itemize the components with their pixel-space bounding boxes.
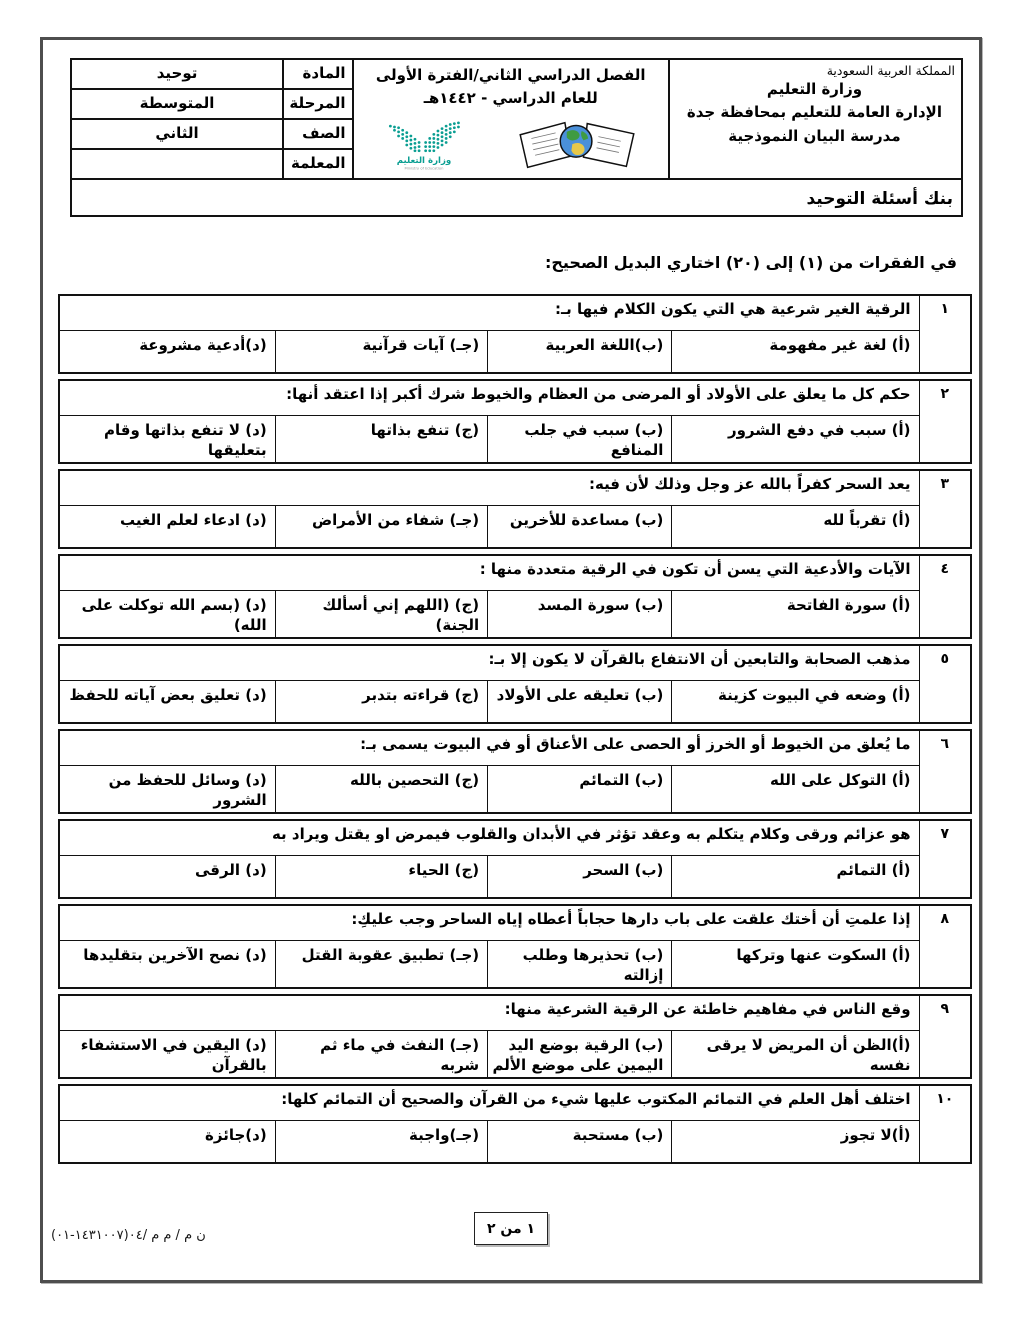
logo-row: وزارة التعليم Ministry of Education	[358, 115, 664, 175]
question-text: هو عزائم ورقى وكلام يتكلم به وعقد تؤثر ف…	[59, 820, 919, 855]
moe-logo-english-text: Ministry of Education	[405, 167, 445, 171]
option-b: (ب) تعليقه على الأولاد	[488, 680, 672, 723]
option-c: (جـ) تطبيق عقوبة القتل	[275, 940, 487, 988]
ministry-of-education-logo-icon: وزارة التعليم Ministry of Education	[383, 115, 465, 175]
option-a: (أ) التمائم	[672, 855, 919, 898]
page-border-frame: المملكة العربية السعودية وزارة التعليم ا…	[40, 37, 982, 1283]
option-a: (أ) السكوت عنها وتركها	[672, 940, 919, 988]
question-block-6: ٦ ما يُعلق من الخيوط أو الخرز أو الحصى ع…	[58, 729, 972, 814]
option-b: (ب) السحر	[488, 855, 672, 898]
question-block-8: ٨ إذا علمتِ أن أختك علقت على باب دارها ح…	[58, 904, 972, 989]
option-c: (جـ) آيات قرآنية	[275, 330, 487, 373]
option-b: (ب) سورة المسد	[488, 590, 672, 638]
document-code: ن م / م م /٠٤(١٤٣١٠٠٧-٠١)	[51, 1228, 206, 1243]
moe-logo-arabic-text: وزارة التعليم	[397, 156, 452, 166]
question-block-1: ١ الرقية الغير شرعية هي التي يكون الكلام…	[58, 294, 972, 374]
option-c: (ج) (اللهم إني أسألك الجنة)	[275, 590, 487, 638]
option-b: (ب)اللغة العربية	[488, 330, 672, 373]
grade-value: الثاني	[71, 119, 283, 149]
education-administration: الإدارة العامة للتعليم بمحافظة جدة	[674, 101, 955, 124]
teacher-label: المعلمة	[283, 149, 352, 179]
option-a: (أ) وضعه في البيوت كزينة	[672, 680, 919, 723]
question-block-5: ٥ مذهب الصحابة والتابعين أن الانتفاع بال…	[58, 644, 972, 724]
option-c: (ج) الحياء	[275, 855, 487, 898]
option-b: (ب) الرقية بوضع اليد اليمين على موضع الأ…	[488, 1030, 672, 1078]
option-a: (أ) لغة غير مفهومة	[672, 330, 919, 373]
option-b: (ب) مستحبة	[488, 1120, 672, 1163]
header-table: المملكة العربية السعودية وزارة التعليم ا…	[70, 58, 963, 217]
grade-label: الصف	[283, 119, 352, 149]
question-number: ١٠	[919, 1085, 971, 1163]
question-text: وقع الناس في مفاهيم خاطئة عن الرقية الشر…	[59, 995, 919, 1030]
stage-value: المتوسطة	[71, 89, 283, 119]
option-d: (د) ادعاء لعلم الغيب	[59, 505, 275, 548]
option-c: (ج) التحصين بالله	[275, 765, 487, 813]
subject-value: توحيد	[71, 59, 283, 89]
option-d: (د) لا تنفع بذاتها وقام بتعليقها	[59, 415, 275, 463]
option-b: (ب) مساعدة للأخرين	[488, 505, 672, 548]
question-block-3: ٣ يعد السحر كفراً بالله عز وجل وذلك لأن …	[58, 469, 972, 549]
stage-label: المرحلة	[283, 89, 352, 119]
option-c: (ج) تنفع بذاتها	[275, 415, 487, 463]
question-text: حكم كل ما يعلق على الأولاد أو المرضى من …	[59, 380, 919, 415]
subject-label: المادة	[283, 59, 352, 89]
question-number: ٤	[919, 555, 971, 638]
question-text: الرقية الغير شرعية هي التي يكون الكلام ف…	[59, 295, 919, 330]
teacher-value	[71, 149, 283, 179]
option-d: (د) (بسم الله توكلت على الله)	[59, 590, 275, 638]
option-d: (د) تعليق بعض آياته للحفظ	[59, 680, 275, 723]
option-c: (جـ) شفاء من الأمراض	[275, 505, 487, 548]
instruction-line: في الفقرات من (١) إلى (٢٠) اختاري البديل…	[43, 253, 957, 272]
question-number: ١	[919, 295, 971, 373]
question-number: ٨	[919, 905, 971, 988]
option-c: (ج) قراءته بتدبر	[275, 680, 487, 723]
academic-year: للعام الدراسي - ١٤٤٢هـ	[358, 87, 664, 110]
option-d: (د) اليقين في الاستشفاء بالقرآن	[59, 1030, 275, 1078]
option-b: (ب) التمائم	[488, 765, 672, 813]
option-a: (أ) سبب في دفع الشرور	[672, 415, 919, 463]
option-c: (جـ)واجبة	[275, 1120, 487, 1163]
question-number: ٥	[919, 645, 971, 723]
question-number: ٢	[919, 380, 971, 463]
option-a: (أ)لا تجوز	[672, 1120, 919, 1163]
option-d: (د) وسائل للحفظ من الشرور	[59, 765, 275, 813]
option-a: (أ) سورة الفاتحة	[672, 590, 919, 638]
option-a: (أ) تقرباً لله	[672, 505, 919, 548]
question-block-10: ١٠ اختلف أهل العلم في التمائم المكتوب عل…	[58, 1084, 972, 1164]
exam-paper-page: المملكة العربية السعودية وزارة التعليم ا…	[0, 0, 1020, 1320]
school-name: مدرسة البيان النموذجية	[674, 125, 955, 148]
question-block-4: ٤ الآيات والأدعية التي يسن أن تكون في ال…	[58, 554, 972, 639]
ministry-name: وزارة التعليم	[674, 78, 955, 101]
question-number: ٣	[919, 470, 971, 548]
question-text: ما يُعلق من الخيوط أو الخرز أو الحصى على…	[59, 730, 919, 765]
option-c: (جـ) النفث في ماء ثم شربه	[275, 1030, 487, 1078]
option-d: (د) الرقى	[59, 855, 275, 898]
question-number: ٩	[919, 995, 971, 1078]
question-number: ٦	[919, 730, 971, 813]
page-number-box: ١ من ٢	[474, 1212, 548, 1245]
question-block-9: ٩ وقع الناس في مفاهيم خاطئة عن الرقية ال…	[58, 994, 972, 1079]
question-number: ٧	[919, 820, 971, 898]
question-text: يعد السحر كفراً بالله عز وجل وذلك لأن في…	[59, 470, 919, 505]
question-text: إذا علمتِ أن أختك علقت على باب دارها حجا…	[59, 905, 919, 940]
option-a: (أ)الظن أن المريض لا يرقى نفسه	[672, 1030, 919, 1078]
ministry-header-block: المملكة العربية السعودية وزارة التعليم ا…	[669, 59, 962, 179]
question-block-7: ٧ هو عزائم ورقى وكلام يتكلم به وعقد تؤثر…	[58, 819, 972, 899]
option-d: (د)جائزة	[59, 1120, 275, 1163]
term-info-block: الفصل الدراسي الثاني/الفترة الأولى للعام…	[353, 59, 669, 179]
option-a: (أ) التوكل على الله	[672, 765, 919, 813]
kingdom-name: المملكة العربية السعودية	[674, 63, 955, 78]
page-footer: ١ من ٢ ن م / م م /٠٤(١٤٣١٠٠٧-٠١)	[43, 1212, 979, 1256]
option-b: (ب) سبب في جلب المنافع	[488, 415, 672, 463]
questions-section: ١ الرقية الغير شرعية هي التي يكون الكلام…	[58, 294, 972, 1164]
question-text: الآيات والأدعية التي يسن أن تكون في الرق…	[59, 555, 919, 590]
option-b: (ب) تحذيرها وطلب إزالته	[488, 940, 672, 988]
semester-period: الفصل الدراسي الثاني/الفترة الأولى	[358, 64, 664, 87]
option-d: (د)أدعية مشروعة	[59, 330, 275, 373]
question-block-2: ٢ حكم كل ما يعلق على الأولاد أو المرضى م…	[58, 379, 972, 464]
question-text: مذهب الصحابة والتابعين أن الانتفاع بالقر…	[59, 645, 919, 680]
question-bank-title: بنك أسئلة التوحيد	[71, 179, 962, 216]
school-globe-book-logo-icon	[516, 118, 638, 172]
option-d: (د) نصح الآخرين بتقليدها	[59, 940, 275, 988]
question-text: اختلف أهل العلم في التمائم المكتوب عليها…	[59, 1085, 919, 1120]
